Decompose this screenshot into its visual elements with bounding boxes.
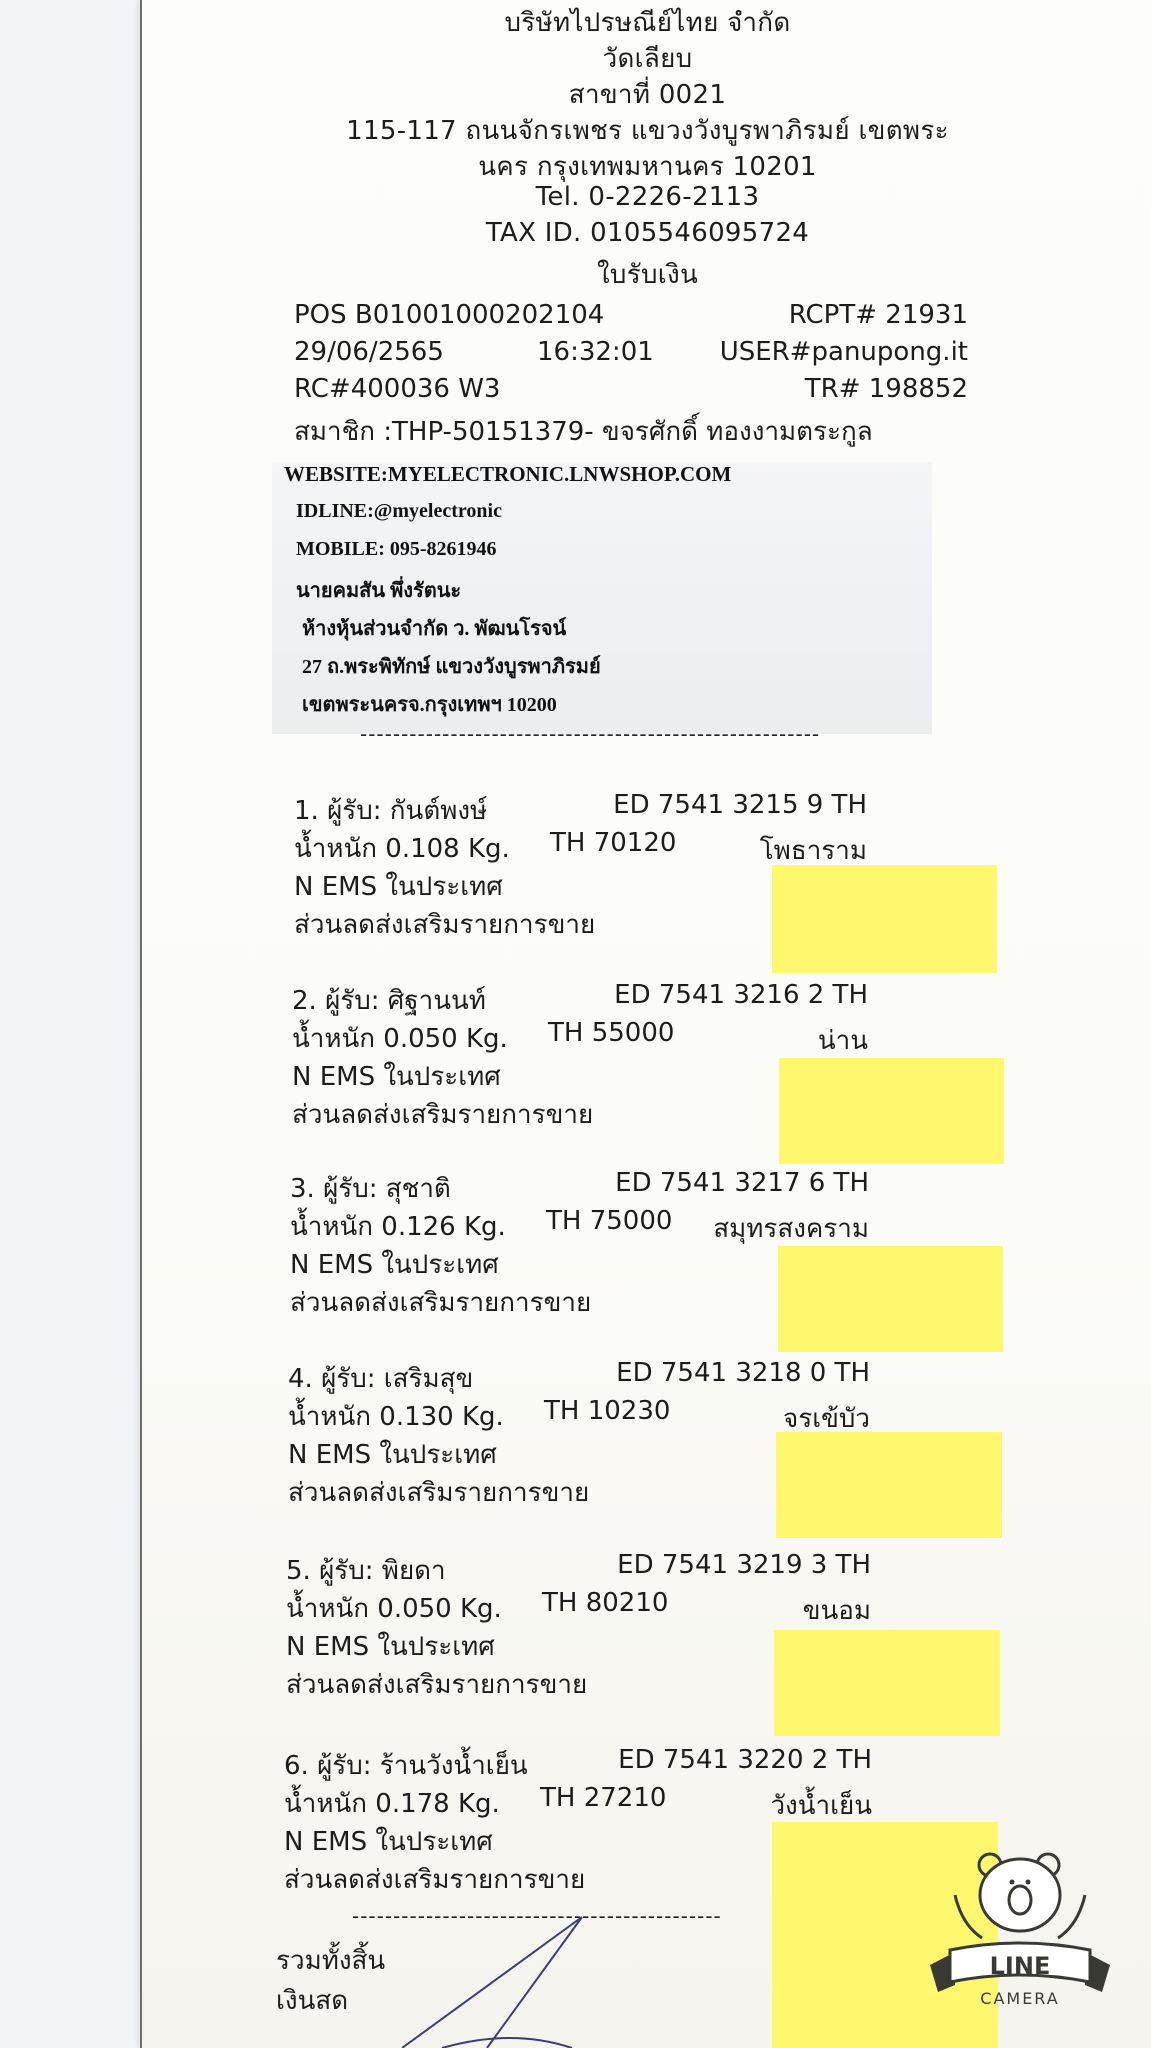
watermark-brand: LINE (990, 1952, 1051, 1980)
line-camera-watermark: LINE CAMERA (920, 1840, 1120, 2010)
laurel-right-icon (1058, 1895, 1085, 1938)
laurel-left-icon (955, 1895, 982, 1938)
bear-face-icon (979, 1854, 1060, 1931)
receipt-paper: บริษัทไปรษณีย์ไทย จำกัด วัดเลียบ สาขาที่… (140, 0, 1151, 2048)
signature (142, 0, 1151, 2048)
watermark-product: CAMERA (980, 1989, 1059, 2008)
